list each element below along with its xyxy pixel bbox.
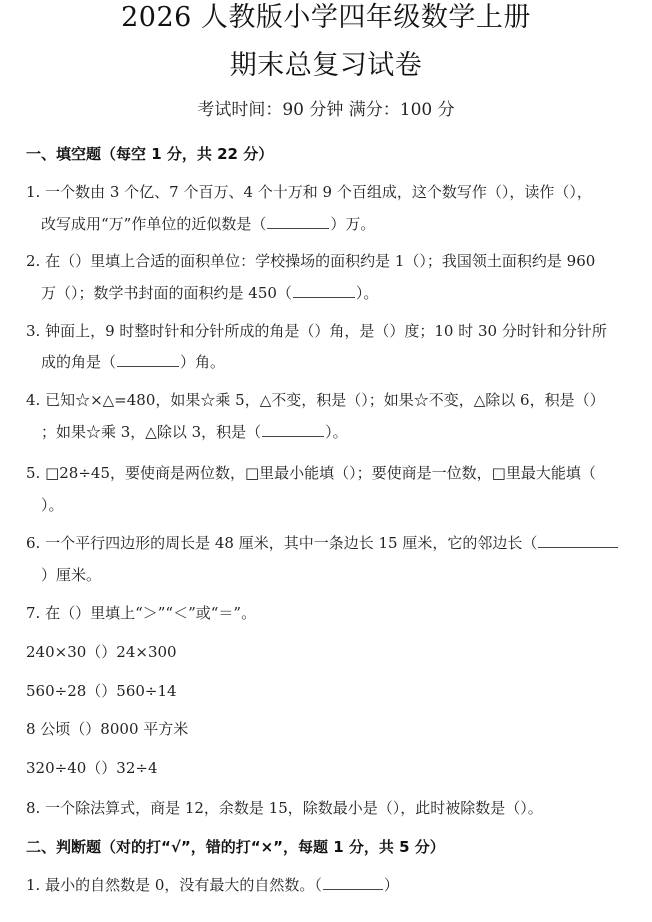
section-title-fill-in: 一、填空题（每空 1 分，共 22 分） xyxy=(26,143,273,165)
question-1-line2: 改写成用“万”作单位的近似数是（）万。 xyxy=(41,213,375,235)
question-3-text-after: ）角。 xyxy=(180,353,225,371)
exam-page: 2026 人教版小学四年级数学上册 期末总复习试卷 考试时间：90 分钟 满分：… xyxy=(0,0,652,922)
question-6-line2: ）厘米。 xyxy=(41,564,101,586)
answer-blank[interactable] xyxy=(323,875,383,890)
question-3-line1: 3. 钟面上，9 时整时针和分针所成的角是（）角，是（）度；10 时 30 分时… xyxy=(26,320,607,342)
question-6-text-before: 6. 一个平行四边形的周长是 48 厘米，其中一条边长 15 厘米，它的邻边长（ xyxy=(26,534,537,552)
question-1-text-after: ）万。 xyxy=(330,215,375,233)
question-7-item-3: 8 公顷（）8000 平方米 xyxy=(26,718,188,740)
question-7-line1: 7. 在（）里填上“＞”“＜”或“＝”。 xyxy=(26,602,256,624)
section-title-true-false: 二、判断题（对的打“√”，错的打“×”，每题 1 分，共 5 分） xyxy=(26,836,445,858)
tf-question-1-text-before: 1. 最小的自然数是 0，没有最大的自然数。（ xyxy=(26,876,322,894)
question-4-text-after: ）。 xyxy=(325,423,348,441)
exam-info: 考试时间：90 分钟 满分：100 分 xyxy=(0,98,652,122)
question-2-text-before: 万（）；数学书封面的面积约是 450（ xyxy=(41,284,292,302)
question-7-item-4: 320÷40（）32÷4 xyxy=(26,757,158,779)
question-7-item-1: 240×30（）24×300 xyxy=(26,641,177,663)
answer-blank[interactable] xyxy=(293,283,355,298)
question-1-line1: 1. 一个数由 3 个亿、7 个百万、4 个十万和 9 个百组成，这个数写作（）… xyxy=(26,181,592,203)
question-6-line1: 6. 一个平行四边形的周长是 48 厘米，其中一条边长 15 厘米，它的邻边长（ xyxy=(26,532,619,554)
question-2-line1: 2. 在（）里填上合适的面积单位：学校操场的面积约是 1（）；我国领土面积约是 … xyxy=(26,250,595,272)
tf-question-1-text-after: ） xyxy=(384,876,399,894)
question-2-line2: 万（）；数学书封面的面积约是 450（）。 xyxy=(41,282,378,304)
question-8-line1: 8. 一个除法算式，商是 12，余数是 15，除数最小是（），此时被除数是（）。 xyxy=(26,797,543,819)
answer-blank[interactable] xyxy=(117,352,179,367)
question-5-line2: ）。 xyxy=(41,494,64,516)
question-2-text-after: ）。 xyxy=(356,284,379,302)
exam-title-line1: 2026 人教版小学四年级数学上册 xyxy=(0,2,652,34)
question-4-line2: ；如果☆乘 3，△除以 3，积是（）。 xyxy=(41,421,348,443)
tf-question-1-line1: 1. 最小的自然数是 0，没有最大的自然数。（） xyxy=(26,874,399,896)
answer-blank[interactable] xyxy=(538,533,618,548)
exam-title-line2: 期末总复习试卷 xyxy=(0,50,652,82)
question-4-text-before: ；如果☆乘 3，△除以 3，积是（ xyxy=(41,423,261,441)
question-1-text-before: 改写成用“万”作单位的近似数是（ xyxy=(41,215,266,233)
question-4-line1: 4. 已知☆×△=480，如果☆乘 5，△不变，积是（）；如果☆不变，△除以 6… xyxy=(26,389,605,411)
question-7-item-2: 560÷28（）560÷14 xyxy=(26,680,177,702)
question-3-text-before: 成的角是（ xyxy=(41,353,116,371)
question-3-line2: 成的角是（）角。 xyxy=(41,351,225,373)
question-5-line1: 5. □28÷45，要使商是两位数，□里最小能填（）；要使商是一位数，□里最大能… xyxy=(26,462,596,484)
answer-blank[interactable] xyxy=(267,214,329,229)
answer-blank[interactable] xyxy=(262,422,324,437)
